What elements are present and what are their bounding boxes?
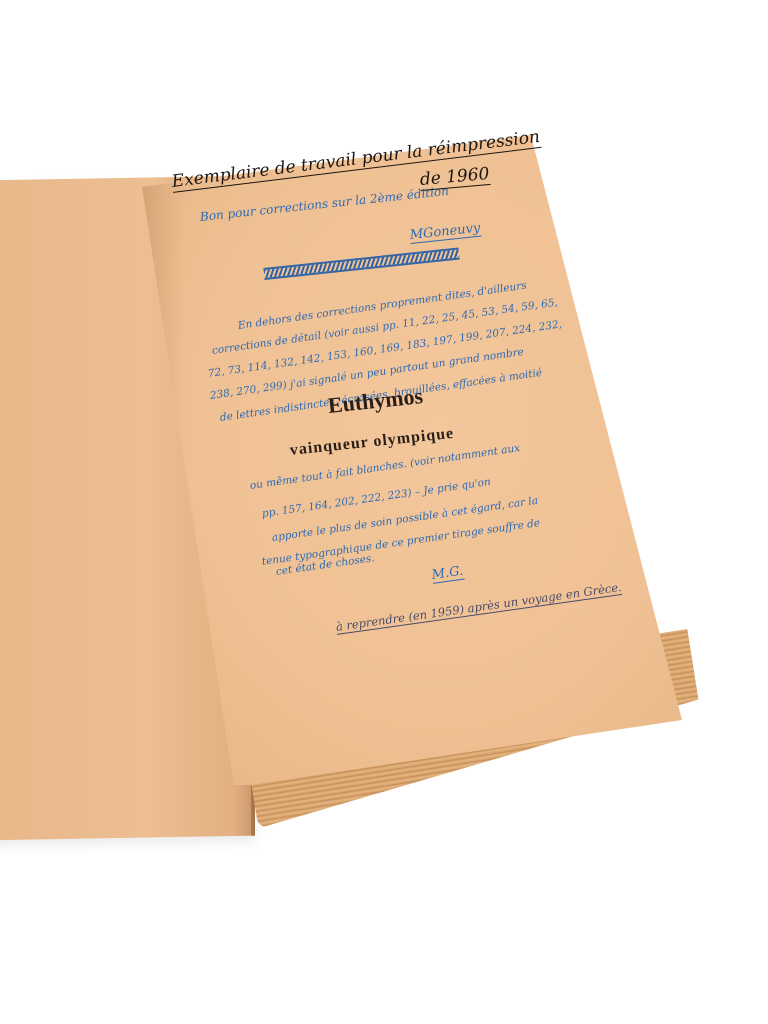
photo-scene: Exemplaire de travail pour la réimpressi… — [0, 0, 768, 1024]
title-page — [142, 135, 682, 785]
